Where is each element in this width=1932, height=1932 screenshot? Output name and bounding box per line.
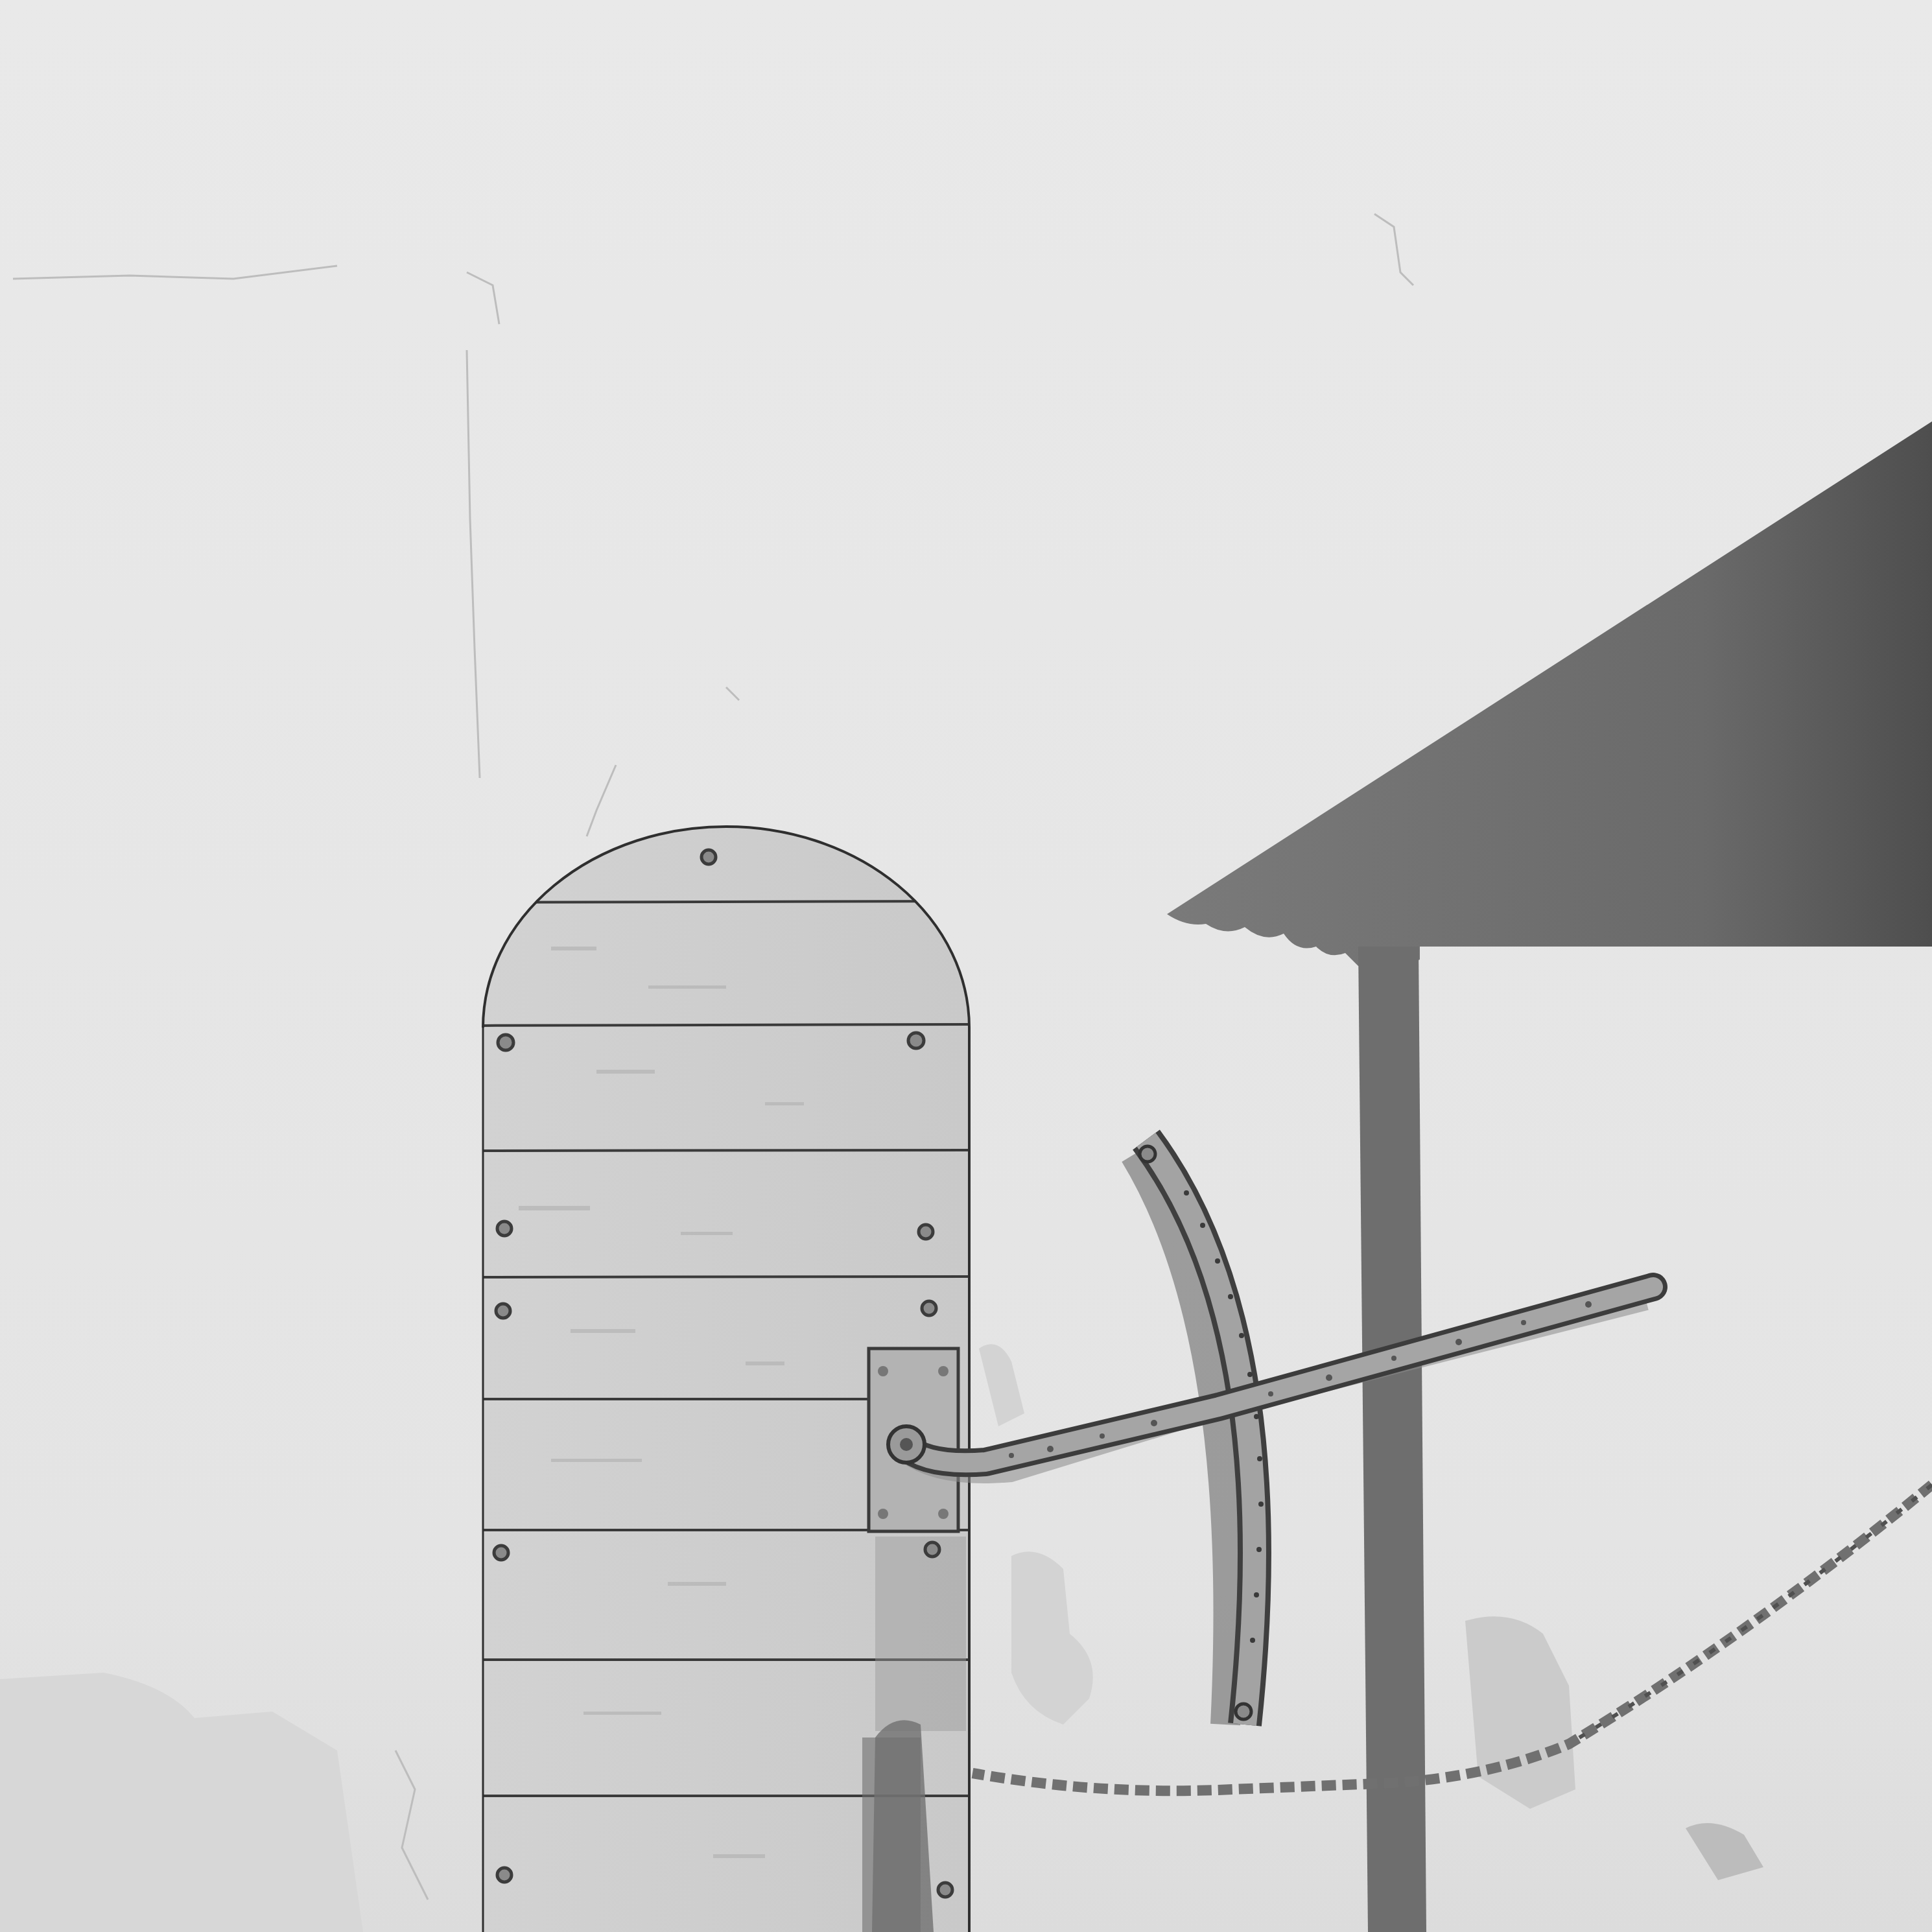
arc-top-bolt	[1140, 1146, 1155, 1162]
scene	[0, 0, 1932, 1932]
arc-bottom-bolt	[1236, 1704, 1251, 1719]
photograph	[0, 0, 1932, 1932]
